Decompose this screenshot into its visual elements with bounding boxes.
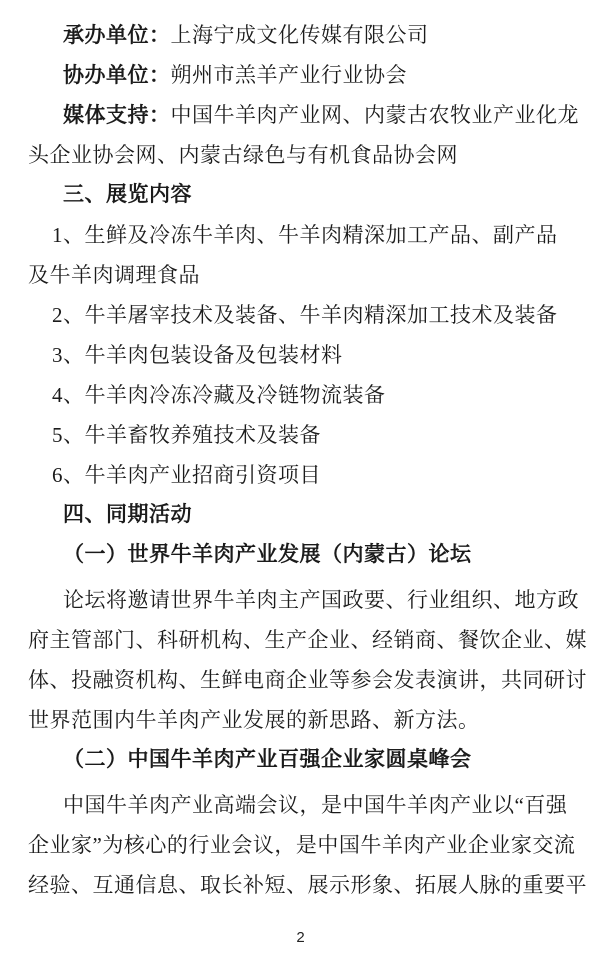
organizer-value: 中国牛羊肉产业网、内蒙古农牧业产业化龙 — [171, 103, 580, 127]
forum-paragraph-line: 世界范围内牛羊肉产业发展的新思路、新方法。 — [28, 700, 591, 740]
organizer-line-coorganizer: 协办单位：朔州市羔羊产业行业协会 — [28, 55, 591, 95]
subheading-summit: （二）中国牛羊肉产业百强企业家圆桌峰会 — [28, 740, 591, 780]
organizer-label: 承办单位： — [63, 24, 171, 47]
exhibition-item-6: 6、牛羊肉产业招商引资项目 — [28, 455, 591, 495]
exhibition-item-5: 5、牛羊畜牧养殖技术及装备 — [28, 415, 591, 455]
organizer-value: 朔州市羔羊产业行业协会 — [171, 63, 408, 87]
organizer-label: 协办单位： — [63, 64, 171, 87]
exhibition-item-1: 1、生鲜及冷冻牛羊肉、牛羊肉精深加工产品、副产品 — [28, 215, 591, 255]
exhibition-item-3: 3、牛羊肉包装设备及包装材料 — [28, 335, 591, 375]
page-footer: 2 — [0, 928, 601, 948]
organizer-line-undertaker: 承办单位：上海宁成文化传媒有限公司 — [28, 15, 591, 55]
forum-paragraph-line: 体、投融资机构、生鲜电商企业等参会发表演讲，共同研讨 — [28, 660, 591, 700]
exhibition-item-1-wrap: 及牛羊肉调理食品 — [28, 255, 591, 295]
subheading-forum: （一）世界牛羊肉产业发展（内蒙古）论坛 — [28, 535, 591, 575]
organizer-label: 媒体支持： — [63, 104, 171, 127]
page-number: 2 — [296, 929, 304, 946]
section-heading-activities: 四、同期活动 — [28, 495, 591, 535]
exhibition-item-2: 2、牛羊屠宰技术及装备、牛羊肉精深加工技术及装备 — [28, 295, 591, 335]
summit-paragraph-line: 企业家”为核心的行业会议，是中国牛羊肉产业企业家交流 — [28, 825, 591, 865]
exhibition-item-4: 4、牛羊肉冷冻冷藏及冷链物流装备 — [28, 375, 591, 415]
document-content: 承办单位：上海宁成文化传媒有限公司 协办单位：朔州市羔羊产业行业协会 媒体支持：… — [28, 15, 591, 905]
summit-paragraph-line: 中国牛羊肉产业高端会议，是中国牛羊肉产业以“百强 — [28, 785, 591, 825]
summit-paragraph-line: 经验、互通信息、取长补短、展示形象、拓展人脉的重要平 — [28, 865, 591, 905]
document-page: 承办单位：上海宁成文化传媒有限公司 协办单位：朔州市羔羊产业行业协会 媒体支持：… — [0, 0, 601, 959]
forum-paragraph-line: 论坛将邀请世界牛羊肉主产国政要、行业组织、地方政 — [28, 580, 591, 620]
forum-paragraph-line: 府主管部门、科研机构、生产企业、经销商、餐饮企业、媒 — [28, 620, 591, 660]
section-heading-exhibition: 三、展览内容 — [28, 175, 591, 215]
organizer-value: 上海宁成文化传媒有限公司 — [171, 23, 429, 47]
organizer-line-media-support-wrap: 头企业协会网、内蒙古绿色与有机食品协会网 — [28, 135, 591, 175]
organizer-line-media-support: 媒体支持：中国牛羊肉产业网、内蒙古农牧业产业化龙 — [28, 95, 591, 135]
